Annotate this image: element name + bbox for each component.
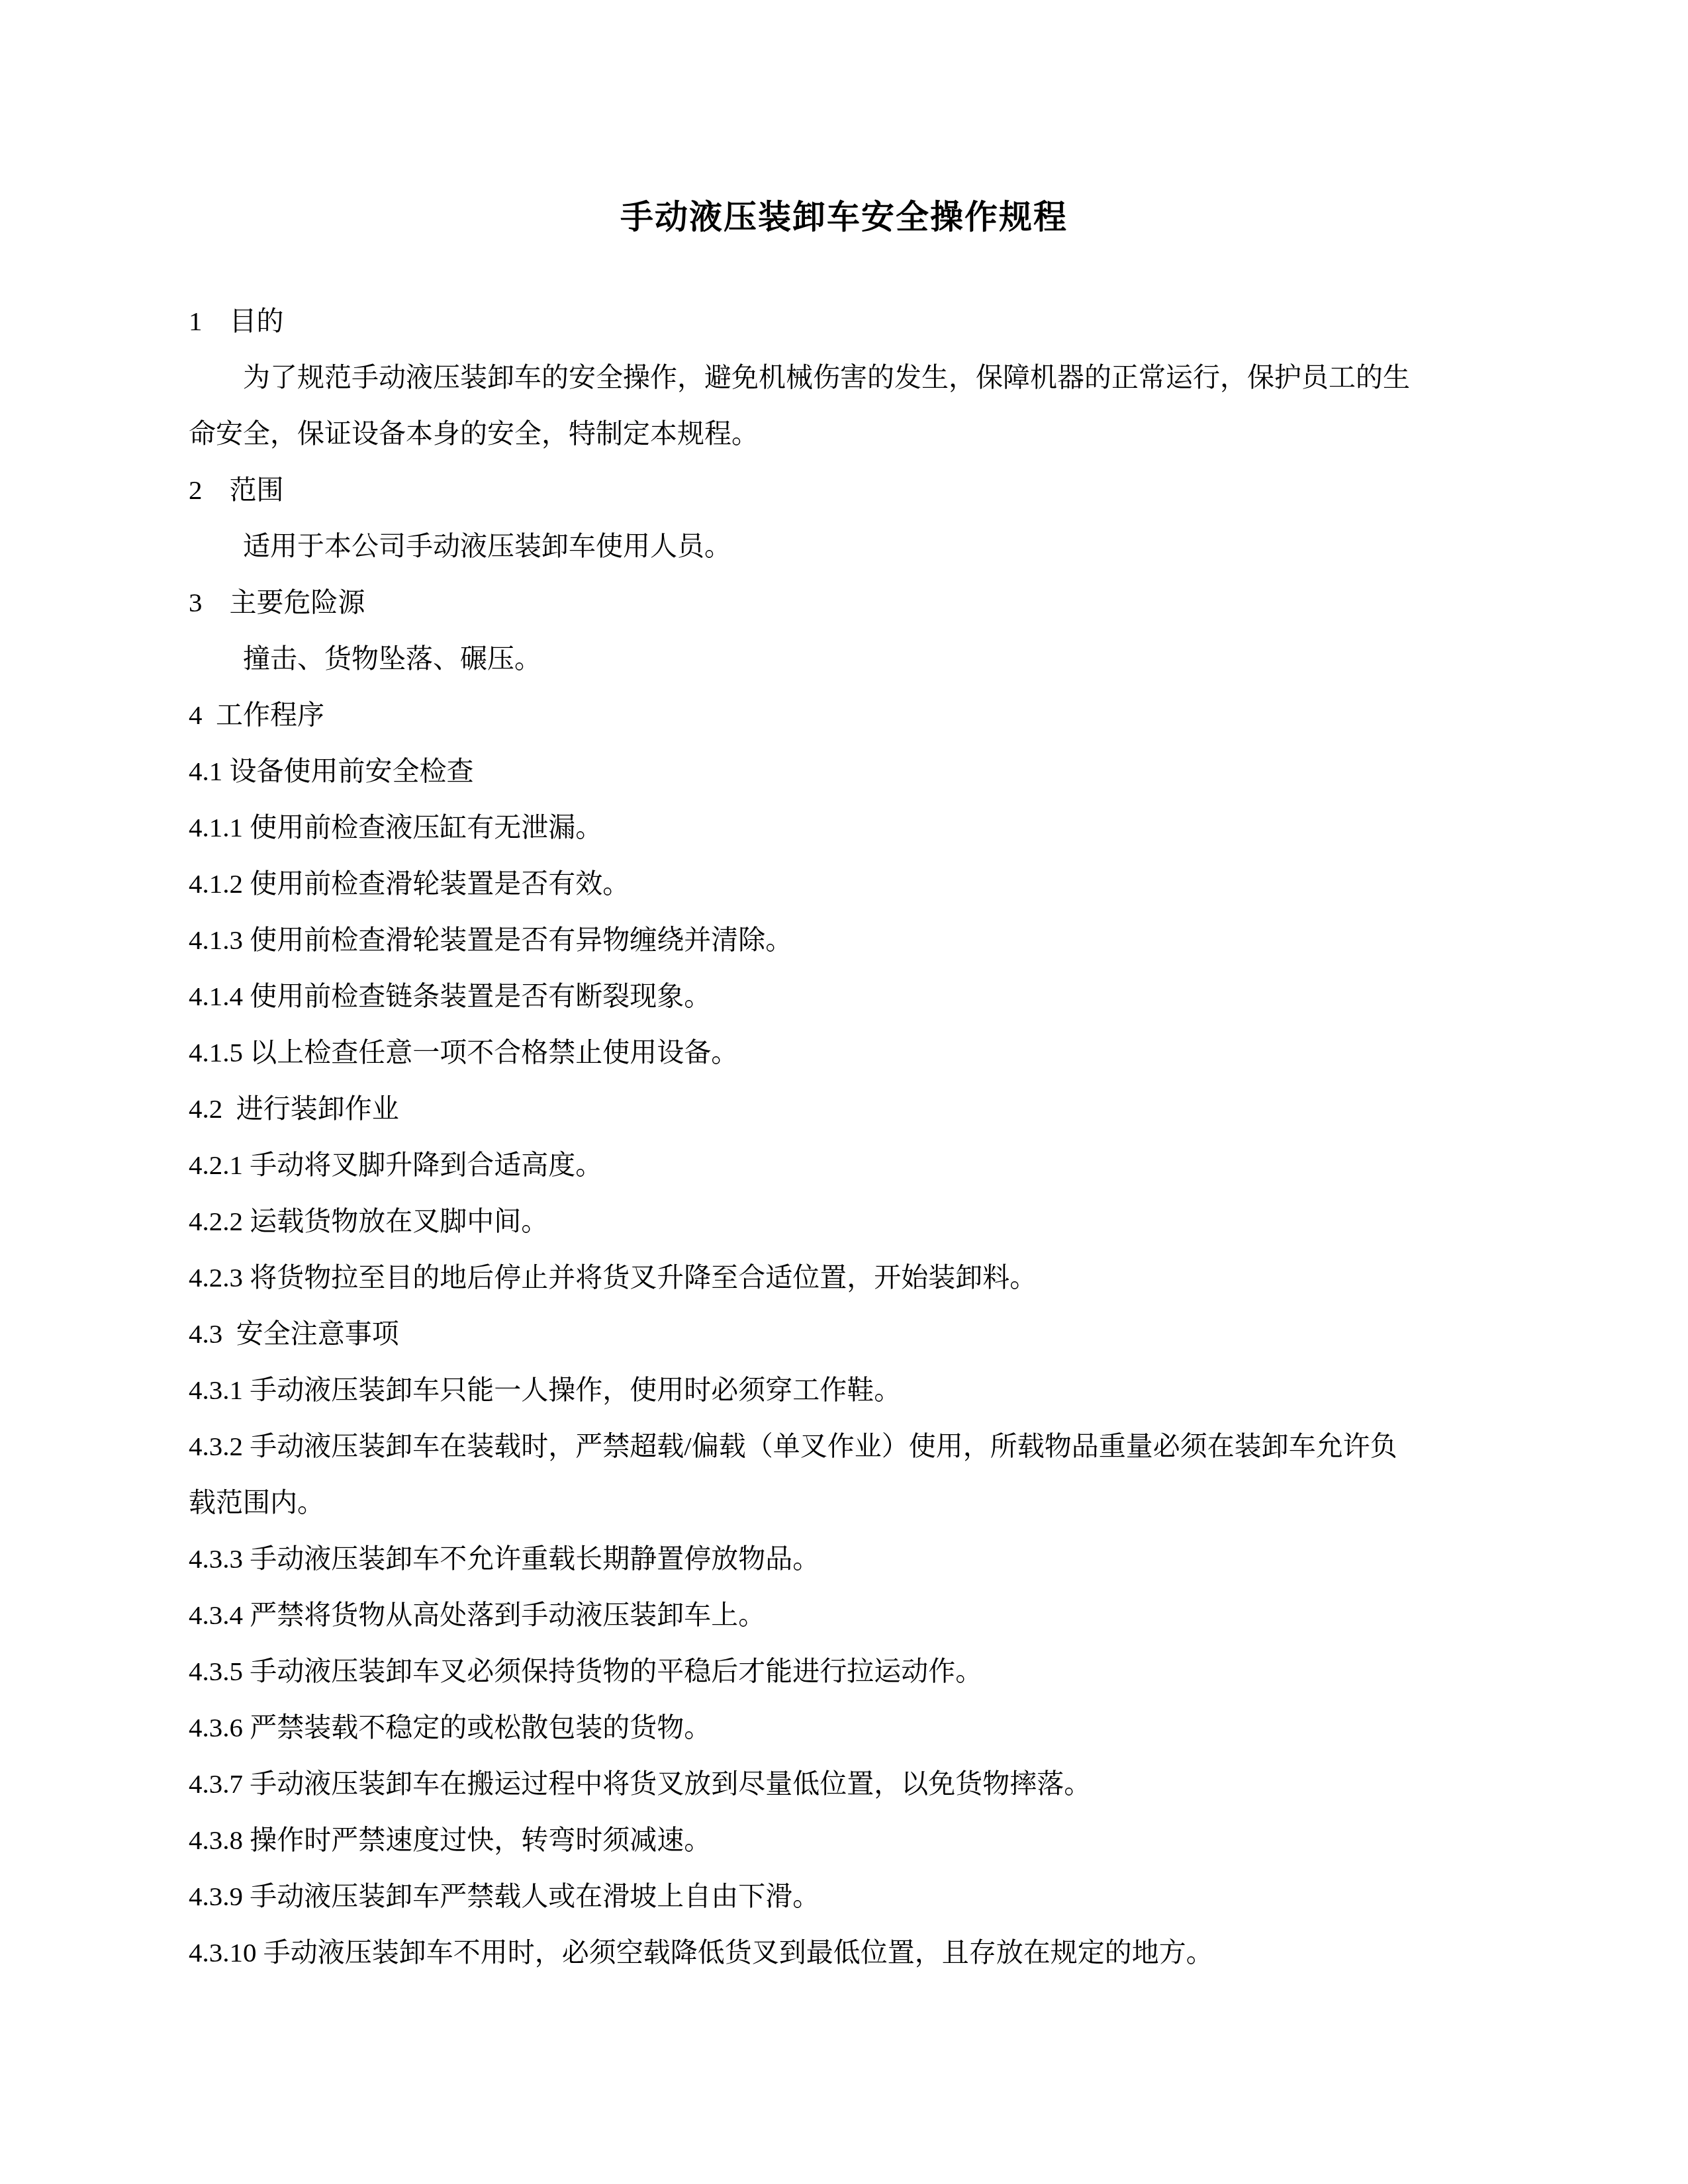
- document-line: 3 主要危险源: [189, 574, 1506, 631]
- document-line: 4.3.8 操作时严禁速度过快，转弯时须减速。: [189, 1812, 1506, 1868]
- document-line: 命安全，保证设备本身的安全，特制定本规程。: [189, 406, 1506, 462]
- document-line: 载范围内。: [189, 1475, 1506, 1531]
- document-line: 1 目的: [189, 293, 1506, 349]
- document-line: 4.3.6 严禁装载不稳定的或松散包装的货物。: [189, 1700, 1506, 1756]
- document-line: 4.3 安全注意事项: [189, 1306, 1506, 1362]
- document-line: 4.3.4 严禁将货物从高处落到手动液压装卸车上。: [189, 1587, 1506, 1643]
- document-line: 4.3.9 手动液压装卸车严禁载人或在滑坡上自由下滑。: [189, 1868, 1506, 1925]
- document-line: 4.3.3 手动液压装卸车不允许重载长期静置停放物品。: [189, 1531, 1506, 1587]
- document-line: 4 工作程序: [189, 687, 1506, 743]
- document-line: 撞击、货物坠落、碾压。: [189, 631, 1506, 687]
- document-line: 4.1.2 使用前检查滑轮装置是否有效。: [189, 856, 1506, 912]
- document-body: 1 目的为了规范手动液压装卸车的安全操作，避免机械伤害的发生，保障机器的正常运行…: [189, 293, 1506, 1981]
- document-line: 4.1.5 以上检查任意一项不合格禁止使用设备。: [189, 1024, 1506, 1081]
- document-line: 4.2.2 运载货物放在叉脚中间。: [189, 1193, 1506, 1250]
- document-line: 为了规范手动液压装卸车的安全操作，避免机械伤害的发生，保障机器的正常运行，保护员…: [189, 349, 1506, 406]
- document-line: 4.2 进行装卸作业: [189, 1081, 1506, 1137]
- document-line: 4.1.3 使用前检查滑轮装置是否有异物缠绕并清除。: [189, 912, 1506, 968]
- document-line: 4.3.7 手动液压装卸车在搬运过程中将货叉放到尽量低位置，以免货物摔落。: [189, 1756, 1506, 1812]
- document-line: 适用于本公司手动液压装卸车使用人员。: [189, 518, 1506, 574]
- document-line: 4.2.3 将货物拉至目的地后停止并将货叉升降至合适位置，开始装卸料。: [189, 1250, 1506, 1306]
- document-line: 4.3.1 手动液压装卸车只能一人操作，使用时必须穿工作鞋。: [189, 1362, 1506, 1418]
- document-line: 4.3.5 手动液压装卸车叉必须保持货物的平稳后才能进行拉运动作。: [189, 1643, 1506, 1700]
- document-line: 4.1 设备使用前安全检查: [189, 743, 1506, 799]
- document-line: 4.3.10 手动液压装卸车不用时，必须空载降低货叉到最低位置，且存放在规定的地…: [189, 1925, 1506, 1981]
- document-page: 手动液压装卸车安全操作规程 1 目的为了规范手动液压装卸车的安全操作，避免机械伤…: [0, 0, 1688, 2184]
- document-line: 4.1.1 使用前检查液压缸有无泄漏。: [189, 799, 1506, 856]
- document-line: 4.3.2 手动液压装卸车在装载时，严禁超载/偏载（单叉作业）使用，所载物品重量…: [189, 1418, 1506, 1475]
- document-line: 2 范围: [189, 462, 1506, 518]
- document-title: 手动液压装卸车安全操作规程: [0, 196, 1688, 239]
- document-line: 4.1.4 使用前检查链条装置是否有断裂现象。: [189, 968, 1506, 1024]
- document-line: 4.2.1 手动将叉脚升降到合适高度。: [189, 1137, 1506, 1193]
